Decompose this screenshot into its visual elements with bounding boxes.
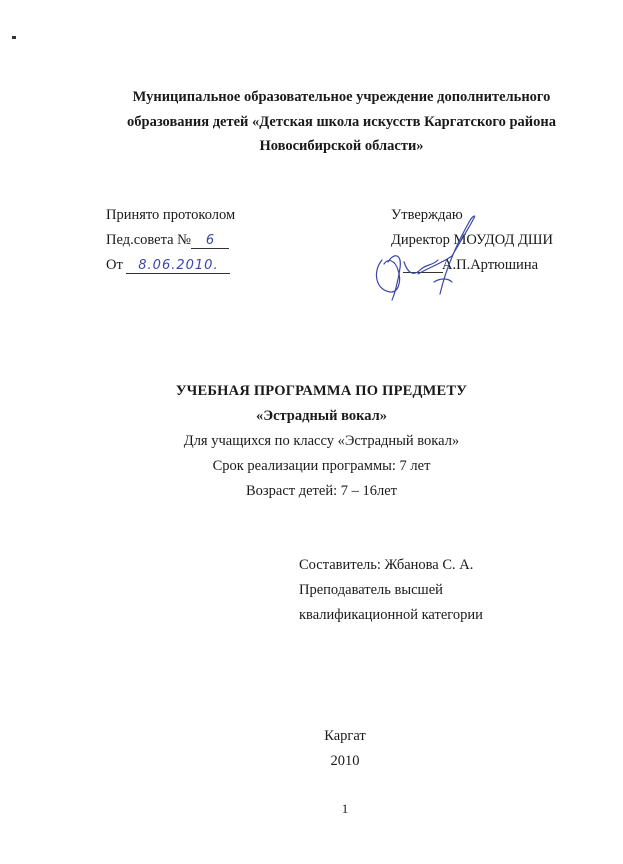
protocol-number-value: 6 [191, 234, 229, 249]
protocol-date-label: От [106, 257, 123, 273]
protocol-date-row: От 8.06.2010. [106, 257, 230, 274]
year: 2010 [0, 753, 623, 770]
program-duration: Срок реализации программы: 7 лет [0, 458, 623, 475]
author-name: Составитель: Жбанова С. А. [299, 557, 473, 574]
scan-speck [12, 36, 16, 39]
author-qualification: квалификационной категории [299, 607, 483, 624]
institution-header-line-3: Новосибирской области» [0, 138, 623, 155]
program-subject: «Эстрадный вокал» [0, 408, 623, 425]
program-age: Возраст детей: 7 – 16лет [0, 483, 623, 500]
program-title: УЧЕБНАЯ ПРОГРАММА ПО ПРЕДМЕТУ [0, 383, 623, 400]
protocol-date-value: 8.06.2010. [126, 259, 230, 274]
institution-header-line-1: Муниципальное образовательное учреждение… [0, 89, 623, 106]
program-audience: Для учащихся по классу «Эстрадный вокал» [0, 433, 623, 450]
signature-icon [368, 212, 478, 302]
institution-header-line-2: образования детей «Детская школа искусст… [0, 114, 623, 131]
author-position: Преподаватель высшей [299, 582, 443, 599]
accepted-protocol-label: Принято протоколом [106, 207, 235, 224]
city: Каргат [0, 728, 623, 745]
protocol-number-label: Пед.совета № [106, 232, 191, 248]
protocol-number-row: Пед.совета №6 [106, 232, 229, 249]
page-number: 1 [0, 801, 623, 817]
